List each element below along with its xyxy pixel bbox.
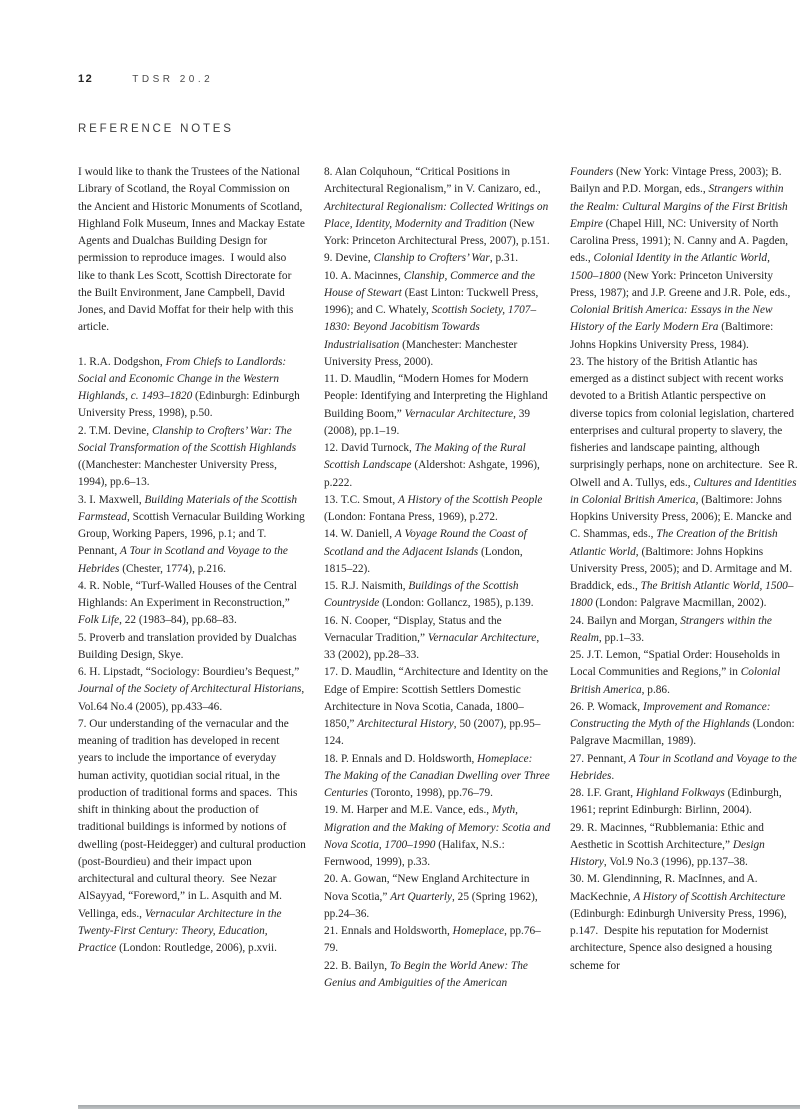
page-header: 12 TDSR 20.2: [78, 73, 213, 85]
reference-note-27: 27. Pennant, A Tour in Scotland and Voya…: [570, 751, 798, 786]
reference-note-20: 20. A. Gowan, “New England Architecture …: [324, 871, 552, 923]
reference-note-2: 2. T.M. Devine, Clanship to Crofters’ Wa…: [78, 423, 306, 492]
reference-note-24: 24. Bailyn and Morgan, Strangers within …: [570, 613, 798, 648]
reference-note-9: 9. Devine, Clanship to Crofters’ War, p.…: [324, 250, 552, 267]
reference-note-16: 16. N. Cooper, “Display, Status and the …: [324, 613, 552, 665]
reference-note-11: 11. D. Maudlin, “Modern Homes for Modern…: [324, 371, 552, 440]
reference-note-6: 6. H. Lipstadt, “Sociology: Bourdieu’s B…: [78, 664, 306, 716]
reference-note-21: 21. Ennals and Holdsworth, Homeplace, pp…: [324, 923, 552, 958]
reference-note-8: 8. Alan Colquhoun, “Critical Positions i…: [324, 164, 552, 250]
acknowledgments-paragraph: I would like to thank the Trustees of th…: [78, 164, 306, 337]
journal-page: 12 TDSR 20.2 REFERENCE NOTES I would lik…: [0, 0, 800, 1111]
reference-note-22: 22. B. Bailyn, To Begin the World Anew: …: [324, 958, 552, 993]
reference-note-1: 1. R.A. Dodgshon, From Chiefs to Landlor…: [78, 354, 306, 423]
reference-note-28: 28. I.F. Grant, Highland Folkways (Edinb…: [570, 785, 798, 820]
page-number: 12: [78, 73, 93, 85]
reference-note-18: 18. P. Ennals and D. Holdsworth, Homepla…: [324, 751, 552, 803]
reference-note-25: 25. J.T. Lemon, “Spatial Order: Househol…: [570, 647, 798, 699]
reference-note-26: 26. P. Womack, Improvement and Romance: …: [570, 699, 798, 751]
reference-column-2: 8. Alan Colquhoun, “Critical Positions i…: [324, 164, 552, 992]
footer-rule: [78, 1105, 800, 1109]
reference-note-5: 5. Proverb and translation provided by D…: [78, 630, 306, 665]
reference-note-19: 19. M. Harper and M.E. Vance, eds., Myth…: [324, 802, 552, 871]
reference-note-13: 13. T.C. Smout, A History of the Scottis…: [324, 492, 552, 527]
reference-note-29: 29. R. Macinnes, “Rubblemania: Ethic and…: [570, 820, 798, 872]
reference-note-22-continued: Founders (New York: Vintage Press, 2003)…: [570, 164, 798, 354]
reference-note-17: 17. D. Maudlin, “Architecture and Identi…: [324, 664, 552, 750]
reference-note-30: 30. M. Glendinning, R. MacInnes, and A. …: [570, 871, 798, 975]
reference-note-12: 12. David Turnock, The Making of the Rur…: [324, 440, 552, 492]
reference-column-1: I would like to thank the Trustees of th…: [78, 164, 306, 992]
reference-note-14: 14. W. Daniell, A Voyage Round the Coast…: [324, 526, 552, 578]
journal-title: TDSR 20.2: [132, 74, 213, 85]
reference-note-7: 7. Our understanding of the vernacular a…: [78, 716, 306, 958]
reference-note-15: 15. R.J. Naismith, Buildings of the Scot…: [324, 578, 552, 613]
reference-note-4: 4. R. Noble, “Turf-Walled Houses of the …: [78, 578, 306, 630]
reference-note-10: 10. A. Macinnes, Clanship, Commerce and …: [324, 268, 552, 372]
section-title: REFERENCE NOTES: [78, 123, 234, 135]
reference-column-3: Founders (New York: Vintage Press, 2003)…: [570, 164, 798, 992]
reference-note-3: 3. I. Maxwell, Building Materials of the…: [78, 492, 306, 578]
reference-note-23: 23. The history of the British Atlantic …: [570, 354, 798, 613]
reference-notes-columns: I would like to thank the Trustees of th…: [78, 164, 797, 992]
